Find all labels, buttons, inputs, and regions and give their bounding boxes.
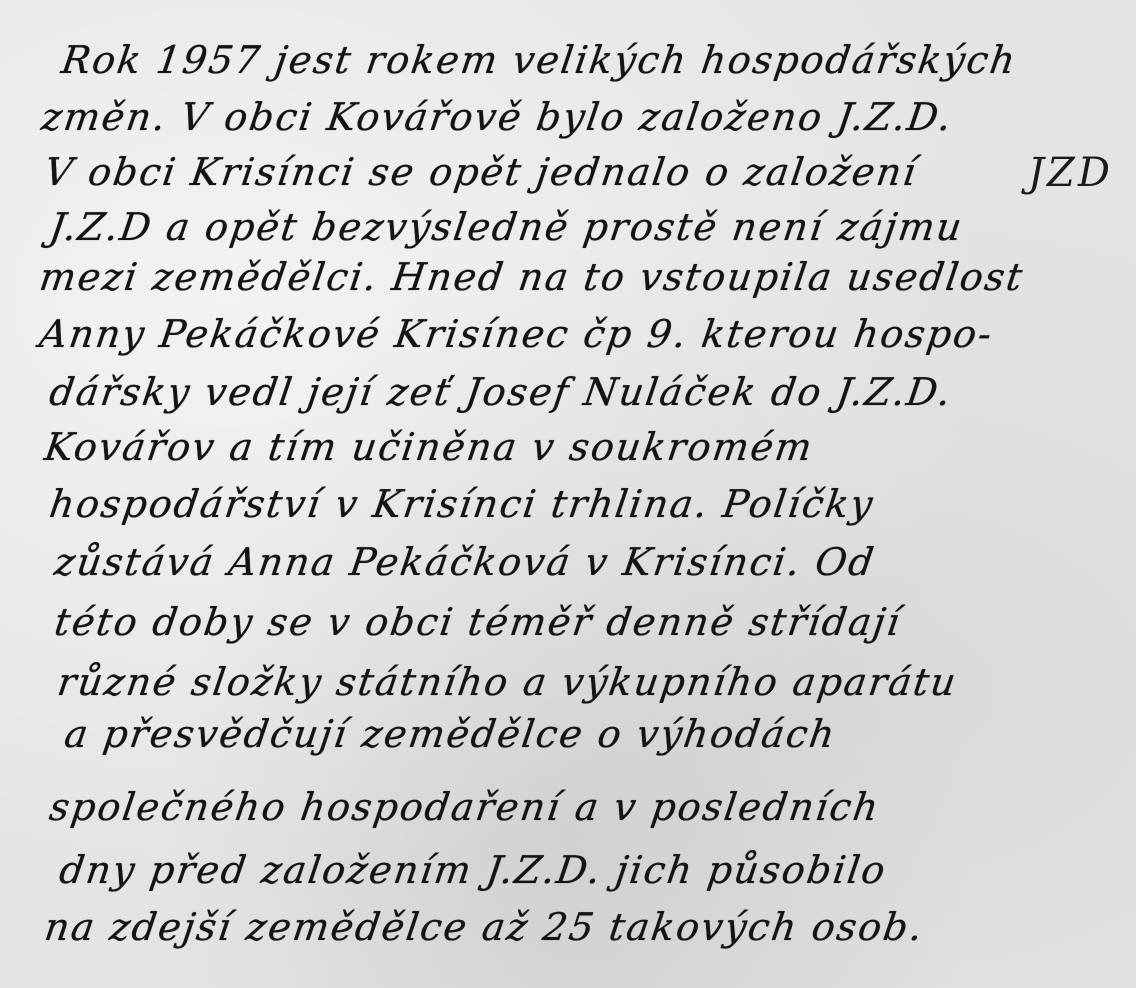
- text-line: a přesvědčují zemědělce o výhodách: [62, 712, 839, 756]
- text-line: V obci Krisínci se opět jednalo o založe…: [42, 150, 921, 194]
- text-line: různé složky státního a výkupního aparát…: [55, 660, 961, 704]
- margin-note: JZD: [1028, 150, 1113, 196]
- handwritten-page: Rok 1957 jest rokem velikých hospodářský…: [0, 0, 1136, 988]
- text-line: na zdejší zemědělce až 25 takových osob.: [42, 905, 927, 949]
- text-line: hospodářství v Krisínci trhlina. Políčky: [47, 482, 877, 526]
- text-line: dny před založením J.Z.D. jich působilo: [57, 848, 890, 892]
- text-line: zůstává Anna Pekáčková v Krisínci. Od: [52, 540, 878, 584]
- text-line: J.Z.D a opět bezvýsledně prostě není záj…: [47, 205, 966, 249]
- text-line: Kovářov a tím učiněna v soukromém: [42, 425, 817, 469]
- text-line: této doby se v obci téměř denně střídají: [52, 600, 904, 644]
- text-line: společného hospodaření a v posledních: [47, 785, 883, 829]
- text-line: Anny Pekáčkové Krisínec čp 9. kterou hos…: [37, 312, 996, 356]
- text-line: mezi zemědělci. Hned na to vstoupila use…: [37, 255, 1027, 299]
- text-line: Rok 1957 jest rokem velikých hospodářský…: [59, 38, 1020, 82]
- text-line: změn. V obci Kovářově bylo založeno J.Z.…: [39, 95, 956, 139]
- text-line: dářsky vedl její zeť Josef Nuláček do J.…: [47, 370, 955, 414]
